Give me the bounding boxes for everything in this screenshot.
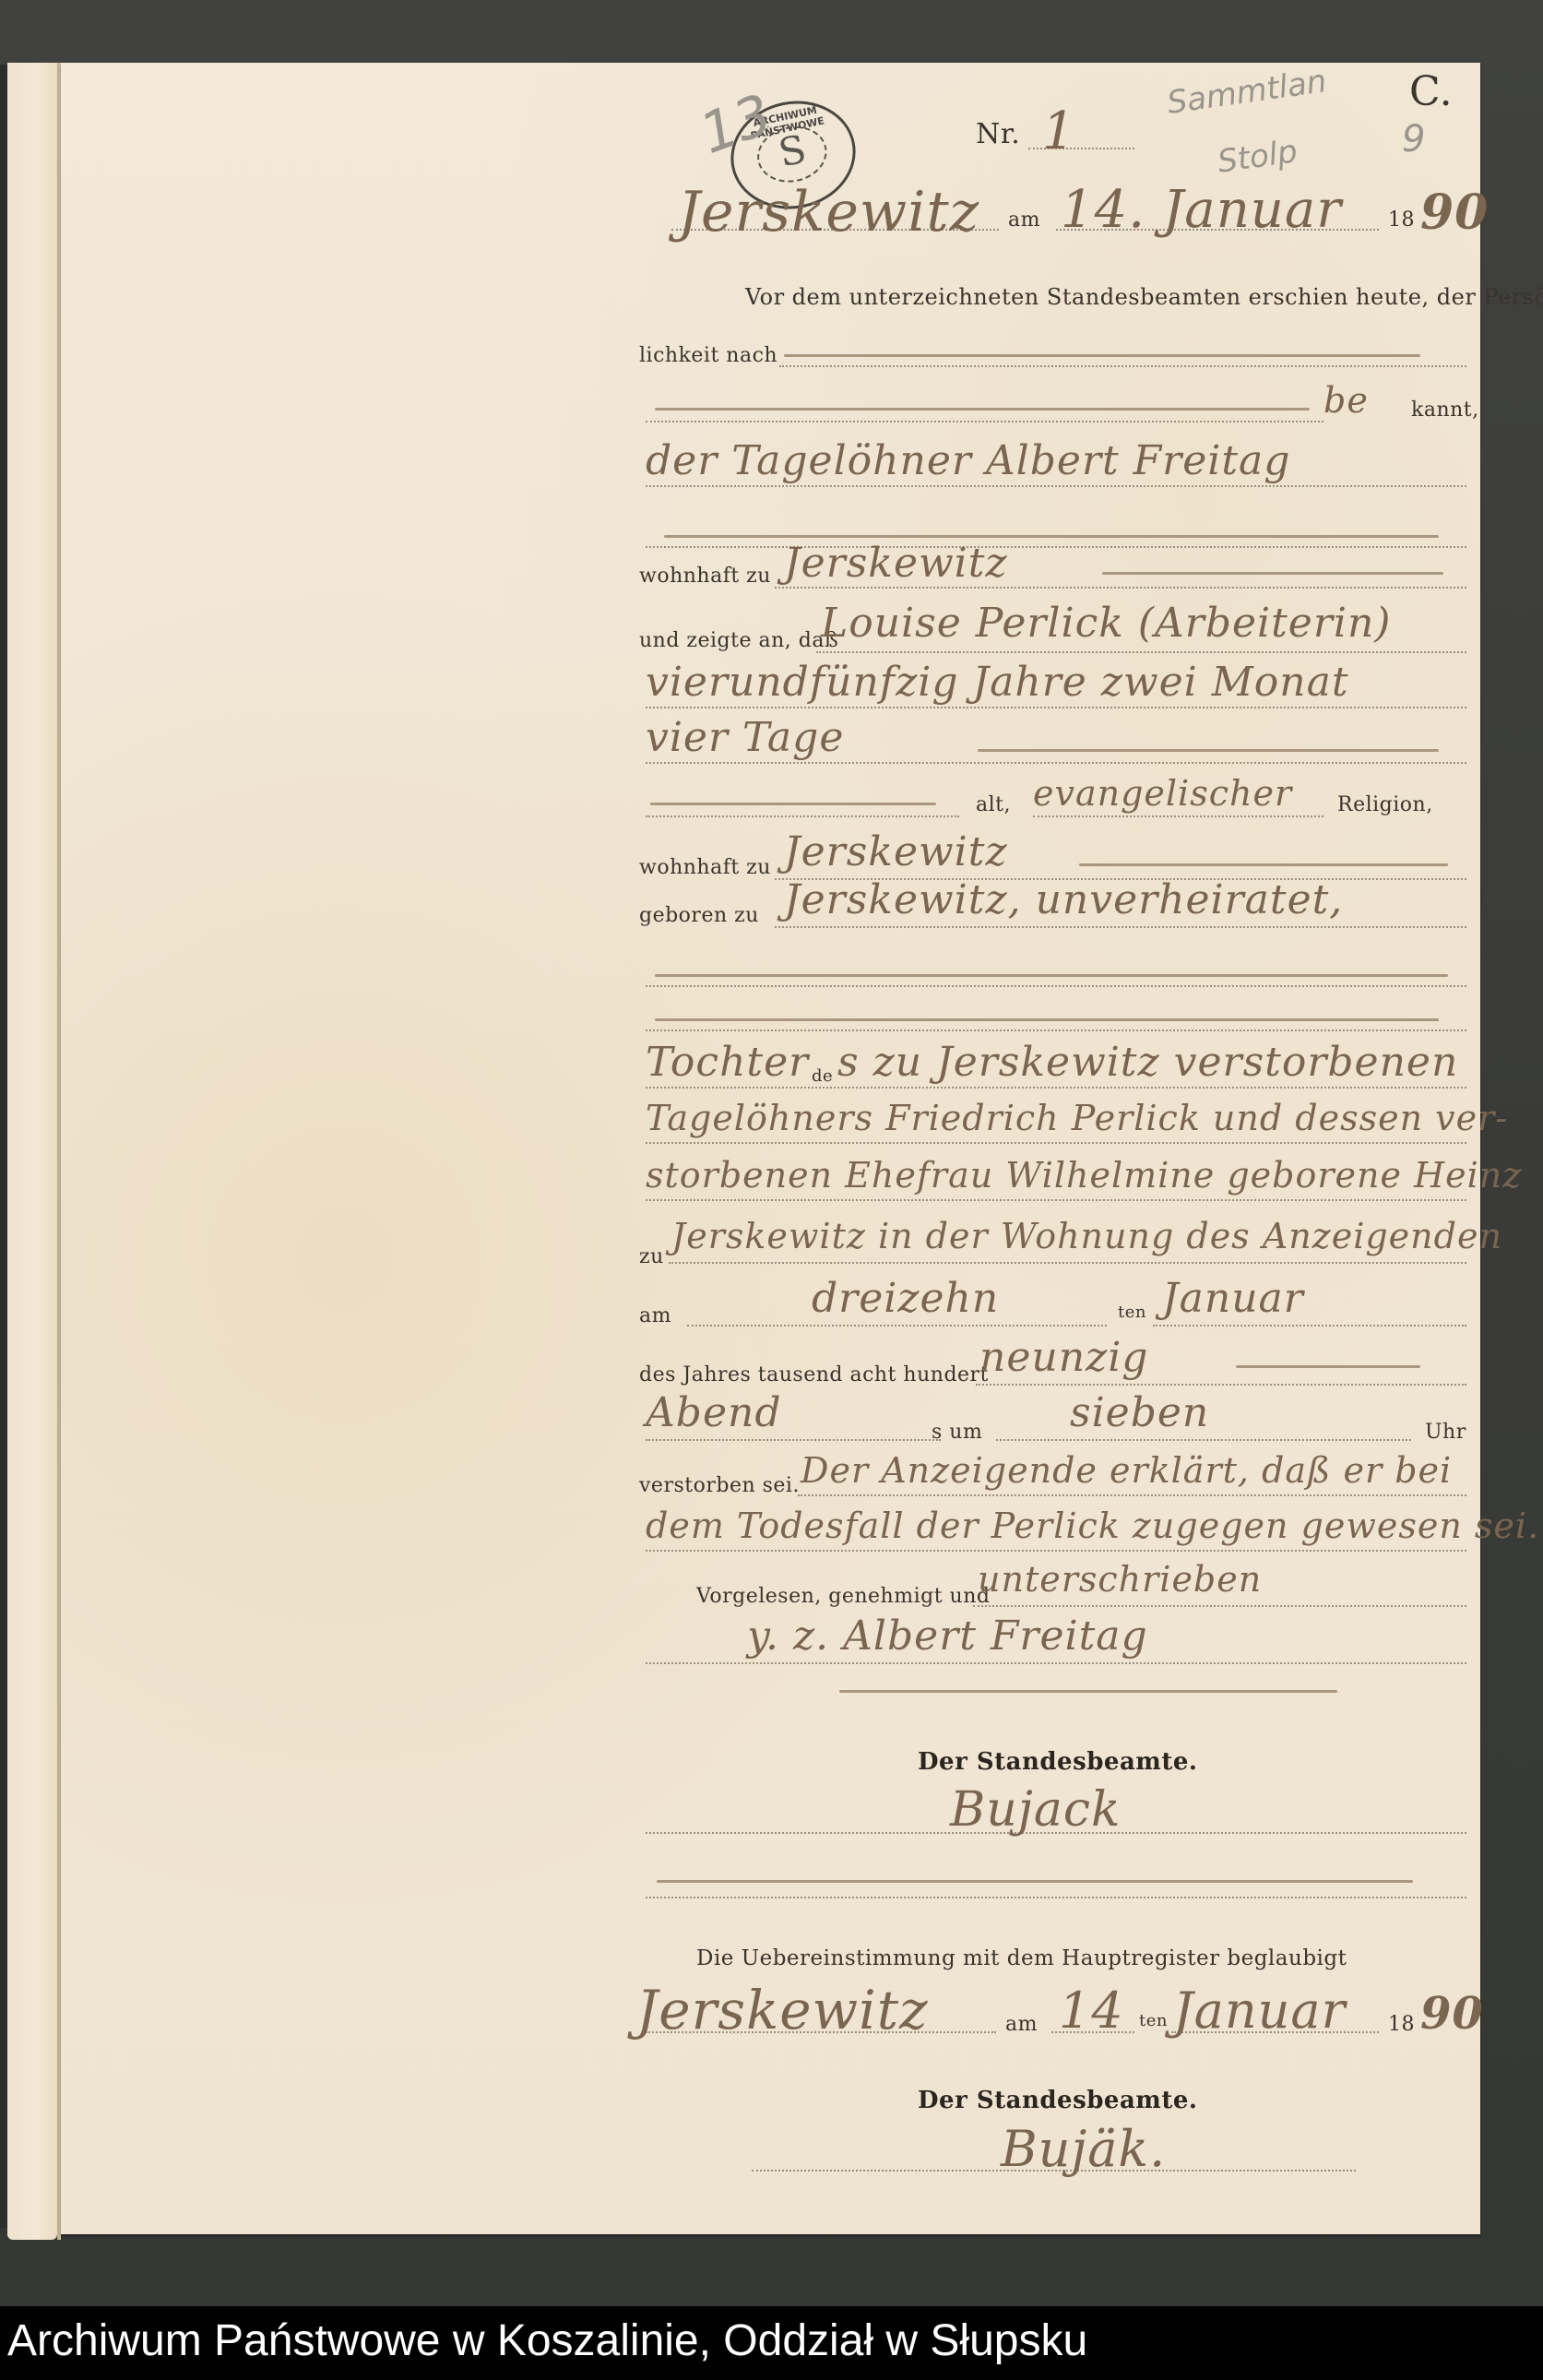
caption-bar: Archiwum Państwowe w Koszalinie, Oddział… [0, 2306, 1543, 2380]
parents-de-label: de [812, 1066, 833, 1086]
binding-shadow [0, 65, 7, 2228]
jahres-label: des Jahres tausend acht hundert [639, 1363, 989, 1386]
deceased-line-1 [816, 651, 1466, 653]
parents-mother: storbenen Ehefrau Wilhelmine geborene He… [646, 1155, 1522, 1196]
religion-label: Religion, [1337, 793, 1433, 816]
uhr-label: Uhr [1425, 1421, 1466, 1444]
blank-line-2 [646, 985, 1466, 987]
alt-label: alt, [976, 793, 1011, 816]
unterschrieben-line [973, 1605, 1466, 1607]
blank-strike-2 [655, 974, 1448, 977]
unterschrieben: unterschrieben [978, 1559, 1262, 1600]
death-year-strike [1236, 1365, 1420, 1368]
am-label-2: am [639, 1304, 671, 1327]
lichkeit-line [779, 365, 1466, 367]
deceased-age-2: vier Tage [646, 714, 844, 761]
parents-father: Tagelöhners Friedrich Perlick und dessen… [646, 1098, 1508, 1138]
geboren-label: geboren zu [639, 904, 759, 927]
birthplace: Jerskewitz, unverheiratet, [784, 876, 1343, 923]
header-date: 14. Januar [1061, 180, 1342, 240]
hour: sieben [1070, 1389, 1209, 1436]
death-year-line [976, 1384, 1466, 1386]
cert-signature: Bujäk. [1001, 2120, 1166, 2178]
time-of-day-line [646, 1439, 941, 1441]
ten-label: ten [1118, 1303, 1146, 1322]
official-strike [657, 1880, 1413, 1883]
statement-line-1 [798, 1494, 1466, 1496]
alt-line [646, 815, 959, 817]
bekannt-strike [655, 408, 1310, 411]
official-signature: Bujack [950, 1782, 1121, 1838]
deceased-age-1: vierundfünfzig Jahre zwei Monat [646, 659, 1349, 706]
intro-text: Vor dem unterzeichneten Standesbeamten e… [745, 284, 1543, 310]
binding-paper-strip [7, 63, 57, 2240]
blank-line-1 [646, 546, 1466, 548]
header-place: Jerskewitz [678, 180, 979, 244]
statement-line-2 [646, 1550, 1466, 1552]
age-strike [978, 749, 1439, 752]
register-letter: C. [1409, 68, 1453, 115]
religion-line [1033, 815, 1323, 817]
birthplace-line [775, 926, 1466, 928]
cert-place: Jerskewitz [636, 1979, 929, 2041]
parents-line-1-text: s zu Jerskewitz verstorbenen [837, 1039, 1458, 1086]
lichkeit-label: lichkeit nach [639, 344, 777, 367]
informant-signature: y. z. Albert Freitag [747, 1612, 1148, 1660]
cert-year-suffix: 90 [1420, 1988, 1484, 2040]
death-day: dreizehn [812, 1275, 999, 1322]
blank-strike-1 [664, 535, 1439, 538]
informant-residence-line [775, 587, 1466, 589]
verstorben-label: verstorben sei. [639, 1474, 800, 1497]
alt-strike [650, 803, 936, 805]
bekannt-printed: kannt, [1411, 399, 1479, 422]
deceased-line-2 [646, 707, 1466, 708]
residence-strike [1102, 572, 1443, 575]
blank-line-3 [646, 1029, 1466, 1031]
death-year: neunzig [979, 1334, 1148, 1381]
parents-tochter: Tochter [646, 1039, 809, 1086]
cert-ten-label: ten [1139, 2011, 1168, 2030]
archive-caption: Archiwum Państwowe w Koszalinie, Oddział… [7, 2315, 1087, 2366]
informant-line [646, 485, 1466, 487]
certification-text: Die Uebereinstimmung mit dem Hauptregist… [696, 1946, 1347, 1970]
deceased-name: Louise Perlick (Arbeiterin) [821, 600, 1391, 647]
bekannt-hand: be [1323, 380, 1369, 421]
year-prefix: 18 [1388, 208, 1415, 232]
death-place-line [669, 1262, 1466, 1264]
am-label: am [1008, 208, 1040, 232]
statement-2: dem Todesfall der Perlick zugegen gewese… [646, 1505, 1539, 1546]
cert-year-prefix: 18 [1388, 2013, 1415, 2036]
informant-signature-line [646, 1662, 1466, 1664]
deceased-residence-strike [1079, 863, 1448, 866]
deceased-residence: Jerskewitz [784, 828, 1008, 875]
vorgelesen-label: Vorgelesen, genehmigt und [696, 1585, 990, 1608]
statement-1: Der Anzeigende erklärt, daß er bei [801, 1450, 1452, 1491]
informant-name: der Tagelöhner Albert Freitag [646, 437, 1290, 484]
cert-month: Januar [1173, 1981, 1346, 2040]
blank-line-4 [646, 1897, 1466, 1898]
parents-line-3 [646, 1199, 1466, 1201]
cert-official-title: Der Standesbeamte. [918, 2087, 1197, 2114]
time-of-day: Abend [646, 1389, 781, 1436]
zu-label: zu [639, 1245, 664, 1268]
lichkeit-strike [784, 354, 1420, 357]
um-label: s um [932, 1421, 982, 1444]
pencil-note-3: 9 [1402, 118, 1425, 161]
cert-am-label: am [1005, 2013, 1038, 2036]
hour-line [996, 1439, 1411, 1441]
deceased-line-3 [646, 762, 1466, 764]
death-month-line [1153, 1325, 1466, 1327]
blank-strike-3 [655, 1018, 1439, 1021]
signature-underline [839, 1690, 1337, 1693]
religion: evangelischer [1033, 773, 1292, 814]
informant-residence: Jerskewitz [784, 540, 1008, 587]
number-label: Nr. [976, 118, 1020, 150]
death-place: Jerskewitz in der Wohnung des Anzeigende… [671, 1216, 1502, 1256]
parents-line-2 [646, 1142, 1466, 1144]
bekannt-line [646, 421, 1323, 422]
entry-number: 1 [1042, 101, 1076, 161]
cert-day: 14 [1059, 1981, 1124, 2040]
deceased-wohnhaft-label: wohnhaft zu [639, 856, 771, 879]
death-month: Januar [1162, 1275, 1304, 1322]
official-title: Der Standesbeamte. [918, 1748, 1197, 1776]
death-day-line [687, 1325, 1107, 1327]
wohnhaft-label: wohnhaft zu [639, 565, 771, 588]
year-suffix: 90 [1420, 184, 1489, 241]
register-page [61, 63, 1480, 2234]
parents-line-1 [646, 1087, 1466, 1089]
zeigte-label: und zeigte an, daß [639, 629, 838, 652]
